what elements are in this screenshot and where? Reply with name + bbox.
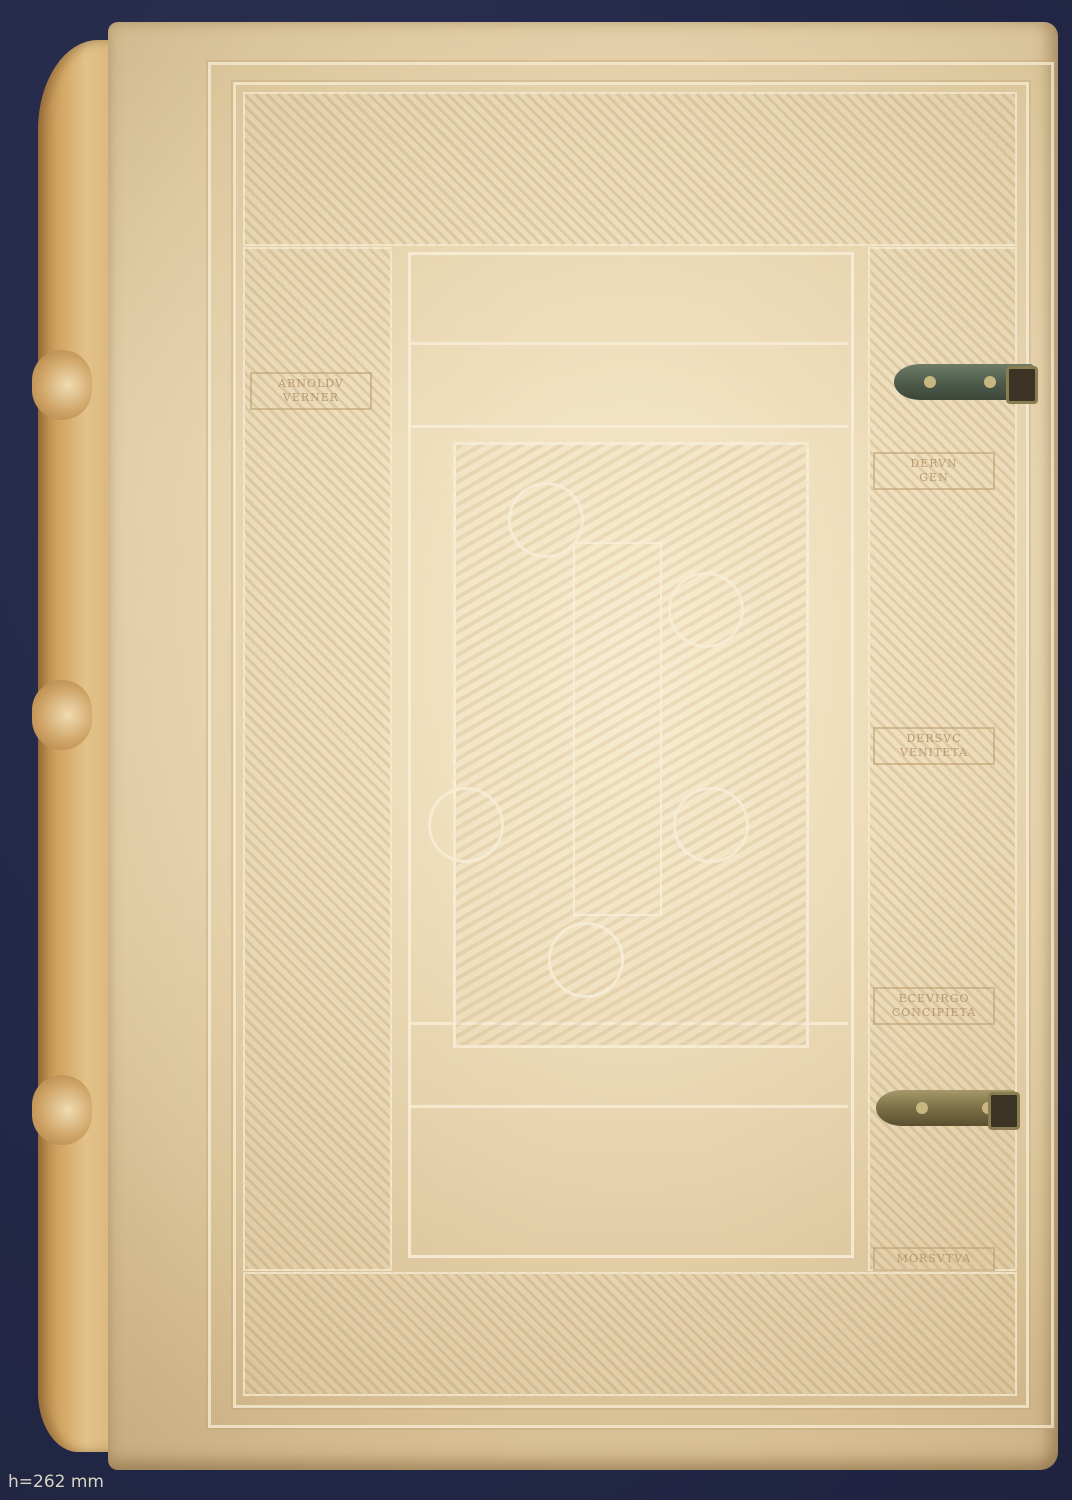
book-cover: ARNOLDV VERNER DERVN GEN DERSVC VENITETA… — [108, 22, 1058, 1470]
top-floral-panel — [408, 342, 848, 428]
stamped-label: DERSVC VENITETA — [873, 727, 995, 765]
rivet-icon — [924, 376, 936, 388]
lower-brass-clasp — [876, 1090, 1016, 1126]
central-vertical-strip — [573, 542, 662, 916]
bottom-roll-border — [243, 1272, 1017, 1396]
height-caption: h=262 mm — [8, 1472, 104, 1492]
stamped-label: DERVN GEN — [873, 452, 995, 490]
portrait-medallion — [508, 482, 584, 558]
clasp-hinge — [988, 1092, 1020, 1130]
spine-band — [32, 350, 92, 420]
top-roll-border — [243, 92, 1017, 246]
stamped-label: MORSVTVA — [873, 1247, 995, 1271]
book: ARNOLDV VERNER DERVN GEN DERSVC VENITETA… — [38, 22, 1038, 1470]
stamped-label: ARNOLDV VERNER — [250, 372, 372, 410]
portrait-medallion — [668, 572, 744, 648]
portrait-medallion — [673, 787, 749, 863]
upper-brass-clasp — [894, 364, 1034, 400]
rivet-icon — [916, 1102, 928, 1114]
spine-band — [32, 680, 92, 750]
rivet-icon — [984, 376, 996, 388]
spine-band — [32, 1075, 92, 1145]
portrait-medallion — [428, 787, 504, 863]
stamped-label: ECEVIRGO CONCIPIETA — [873, 987, 995, 1025]
clasp-hinge — [1006, 366, 1038, 404]
portrait-medallion — [548, 922, 624, 998]
